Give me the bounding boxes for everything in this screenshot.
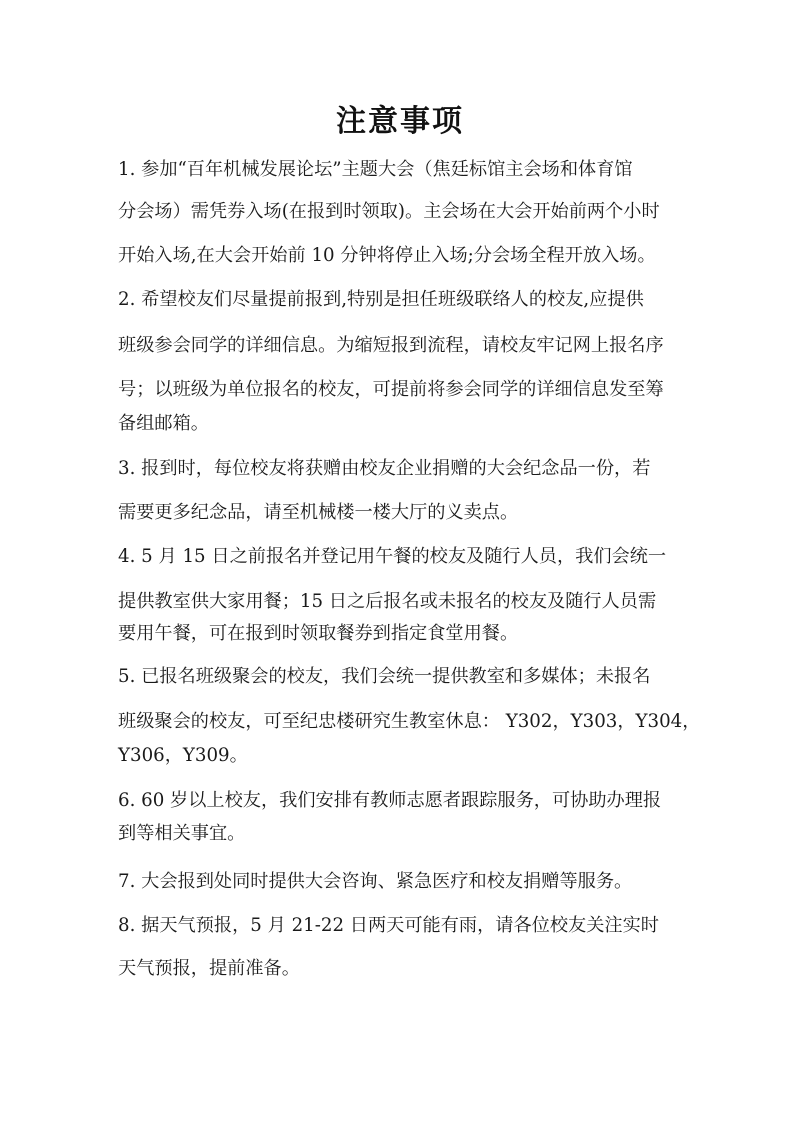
item-8-line-2: 天气预报，提前准备。 bbox=[118, 957, 718, 981]
item-2-line-4: 备组邮箱。 bbox=[118, 412, 718, 436]
item-4-line-1: 4. 5 月 15 日之前报名并登记用午餐的校友及随行人员，我们会统一 bbox=[118, 545, 718, 569]
item-8-line-1: 8. 据天气预报，5 月 21-22 日两天可能有雨，请各位校友关注实时 bbox=[118, 914, 718, 938]
page-title: 注意事项 bbox=[0, 96, 800, 140]
item-1-line-3: 开始入场,在大会开始前 10 分钟将停止入场;分会场全程开放入场。 bbox=[118, 244, 718, 268]
item-6-line-2: 到等相关事宜。 bbox=[118, 822, 718, 846]
item-7-line-1: 7. 大会报到处同时提供大会咨询、紧急医疗和校友捐赠等服务。 bbox=[118, 870, 718, 894]
item-4-line-3: 要用午餐，可在报到时领取餐券到指定食堂用餐。 bbox=[118, 622, 718, 646]
item-2-line-1: 2. 希望校友们尽量提前报到,特别是担任班级联络人的校友,应提供 bbox=[118, 288, 718, 312]
item-5-line-3: Y306，Y309。 bbox=[118, 744, 718, 768]
item-6-line-1: 6. 60 岁以上校友，我们安排有教师志愿者跟踪服务，可协助办理报 bbox=[118, 789, 718, 813]
item-4-line-2: 提供教室供大家用餐；15 日之后报名或未报名的校友及随行人员需 bbox=[118, 590, 718, 614]
item-3-line-1: 3. 报到时，每位校友将获赠由校友企业捐赠的大会纪念品一份，若 bbox=[118, 457, 718, 481]
item-5-line-2: 班级聚会的校友，可至纪忠楼研究生教室休息： Y302，Y303，Y304， bbox=[118, 710, 718, 734]
item-1-line-2: 分会场）需凭券入场(在报到时领取)。主会场在大会开始前两个小时 bbox=[118, 200, 718, 224]
item-2-line-3: 号；以班级为单位报名的校友，可提前将参会同学的详细信息发至筹 bbox=[118, 378, 718, 402]
item-3-line-2: 需要更多纪念品，请至机械楼一楼大厅的义卖点。 bbox=[118, 501, 718, 525]
item-1-line-1: 1. 参加“百年机械发展论坛”主题大会（焦廷标馆主会场和体育馆 bbox=[118, 158, 718, 182]
item-5-line-1: 5. 已报名班级聚会的校友，我们会统一提供教室和多媒体；未报名 bbox=[118, 665, 718, 689]
item-2-line-2: 班级参会同学的详细信息。为缩短报到流程，请校友牢记网上报名序 bbox=[118, 334, 718, 358]
